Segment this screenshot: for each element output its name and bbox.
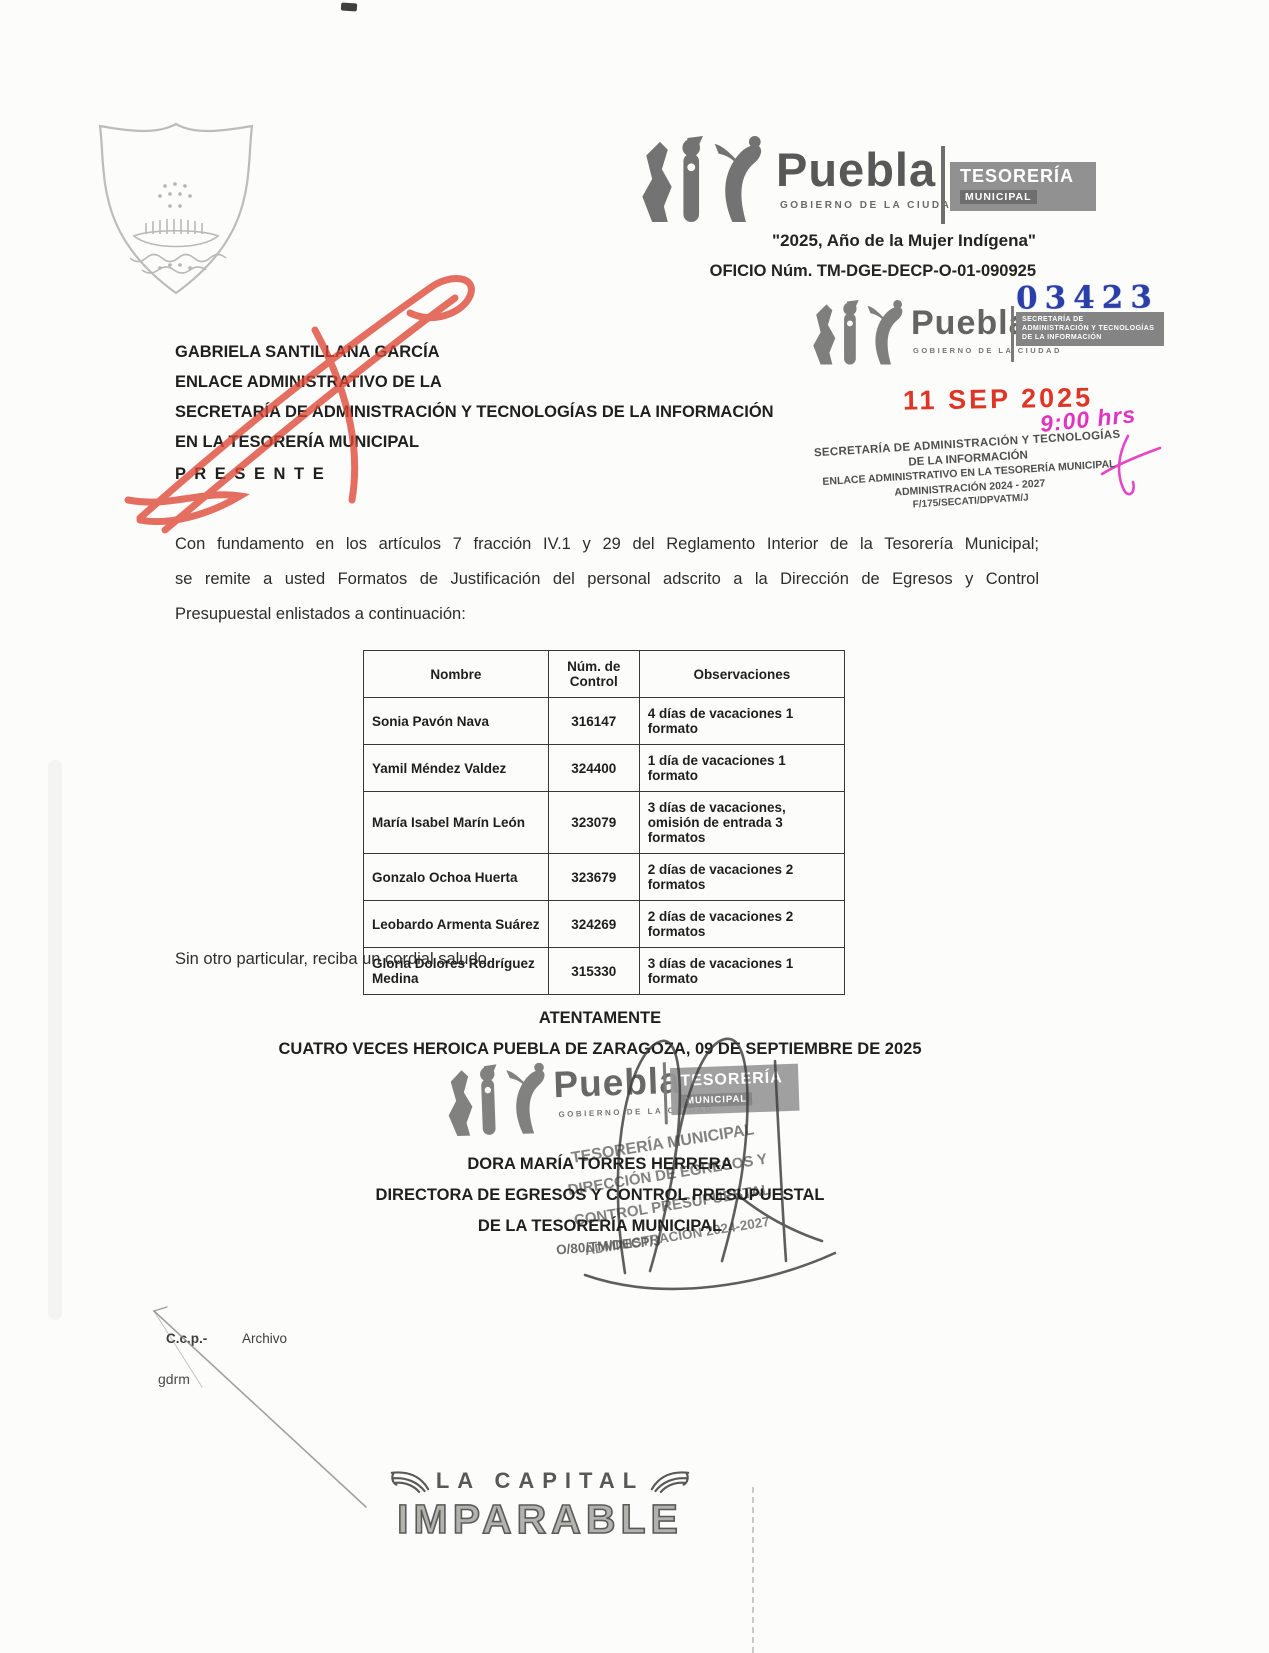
signer-title: DIRECTORA DE EGRESOS Y CONTROL PRESUPUES… — [170, 1186, 1030, 1205]
cell-num-control: 323079 — [548, 792, 639, 854]
cell-observaciones: 3 días de vacaciones 1 formato — [639, 948, 844, 995]
red-scribble-mark — [110, 268, 530, 538]
cell-num-control: 323679 — [548, 854, 639, 901]
cell-num-control: 316147 — [548, 698, 639, 745]
oficio-number: OFICIO Núm. TM-DGE-DECP-O-01-090925 — [640, 262, 1036, 281]
table-header-row: Nombre Núm. de Control Observaciones — [364, 651, 845, 698]
cell-nombre: Yamil Méndez Valdez — [364, 745, 549, 792]
handwritten-signature — [530, 1003, 860, 1293]
puebla-wordmark: Puebla — [776, 146, 936, 193]
secati-badge-line: DE LA INFORMACIÓN — [1022, 334, 1158, 343]
puebla-tagline: GOBIERNO DE LA CIUDAD — [913, 346, 1062, 355]
cell-observaciones: 1 día de vacaciones 1 formato — [639, 745, 844, 792]
slogan-line1: LA CAPITAL — [436, 1468, 644, 1494]
tesoreria-municipal-badge: TESORERÍA MUNICIPAL — [950, 162, 1096, 211]
body-line: Con fundamento en los artículos 7 fracci… — [175, 527, 1039, 562]
col-header-nombre: Nombre — [364, 651, 549, 698]
table-row: Leobardo Armenta Suárez 324269 2 días de… — [364, 901, 845, 948]
justification-table: Nombre Núm. de Control Observaciones Son… — [363, 650, 845, 995]
cell-nombre: Sonia Pavón Nava — [364, 698, 549, 745]
logo-divider — [941, 146, 945, 224]
body-line: se remite a usted Formatos de Justificac… — [175, 562, 1039, 597]
fold-mark-line — [752, 1487, 754, 1653]
puebla-figures-icon — [628, 136, 776, 224]
wing-icon — [650, 1469, 690, 1493]
cell-num-control: 324400 — [548, 745, 639, 792]
slogan-line2: IMPARABLE — [375, 1496, 705, 1543]
puebla-figures-icon — [805, 300, 911, 366]
table-row: Gonzalo Ochoa Huerta 323679 2 días de va… — [364, 854, 845, 901]
wing-icon — [390, 1469, 430, 1493]
body-paragraph: Con fundamento en los artículos 7 fracci… — [175, 527, 1039, 632]
cell-observaciones: 2 días de vacaciones 2 formatos — [639, 854, 844, 901]
pencil-line-mark — [140, 1305, 380, 1515]
received-office-stamp: SECRETARÍA DE ADMINISTRACIÓN Y TECNOLOGÍ… — [781, 426, 1157, 521]
col-header-num-control: Núm. de Control — [548, 651, 639, 698]
secati-badge: SECRETARÍA DE ADMINISTRACIÓN Y TECNOLOGÍ… — [1016, 312, 1164, 346]
scanned-letter-page: Puebla GOBIERNO DE LA CIUDAD TESORERÍA M… — [0, 0, 1269, 1653]
cell-nombre: Leobardo Armenta Suárez — [364, 901, 549, 948]
year-legend: "2025, Año de la Mujer Indígena" — [700, 231, 1036, 251]
col-header-observaciones: Observaciones — [639, 651, 844, 698]
body-line: Presupuestal enlistados a continuación: — [175, 597, 1039, 632]
puebla-logo-header: Puebla GOBIERNO DE LA CIUDAD TESORERÍA M… — [628, 134, 1093, 230]
cell-observaciones: 3 días de vacaciones, omisión de entrada… — [639, 792, 844, 854]
signer-name: DORA MARÍA TORRES HERRERA — [170, 1155, 1030, 1174]
secati-badge-line: ADMINISTRACIÓN Y TECNOLOGÍAS — [1022, 325, 1158, 334]
closing-line: Sin otro particular, reciba un cordial s… — [175, 950, 491, 969]
cell-num-control: 315330 — [548, 948, 639, 995]
badge-municipal-label: MUNICIPAL — [960, 190, 1037, 204]
cell-nombre: Gonzalo Ochoa Huerta — [364, 854, 549, 901]
table-row: Yamil Méndez Valdez 324400 1 día de vaca… — [364, 745, 845, 792]
cell-nombre: María Isabel Marín León — [364, 792, 549, 854]
scan-artifact-mark — [341, 2, 358, 11]
cell-observaciones: 2 días de vacaciones 2 formatos — [639, 901, 844, 948]
cell-num-control: 324269 — [548, 901, 639, 948]
puebla-tagline: GOBIERNO DE LA CIUDAD — [780, 200, 961, 211]
city-slogan: LA CAPITAL IMPARABLE — [375, 1468, 705, 1543]
cell-observaciones: 4 días de vacaciones 1 formato — [639, 698, 844, 745]
puebla-logo-stamp: Puebla GOBIERNO DE LA CIUDAD SECRETARÍA … — [805, 296, 1155, 378]
signer-title: DE LA TESORERÍA MUNICIPAL — [170, 1217, 1030, 1236]
logo-divider — [1011, 306, 1014, 362]
table-row: María Isabel Marín León 323079 3 días de… — [364, 792, 845, 854]
table-row: Sonia Pavón Nava 316147 4 días de vacaci… — [364, 698, 845, 745]
scan-smudge — [48, 760, 62, 1320]
badge-tesoreria-label: TESORERÍA — [960, 167, 1088, 187]
secati-badge-line: SECRETARÍA DE — [1022, 316, 1158, 325]
